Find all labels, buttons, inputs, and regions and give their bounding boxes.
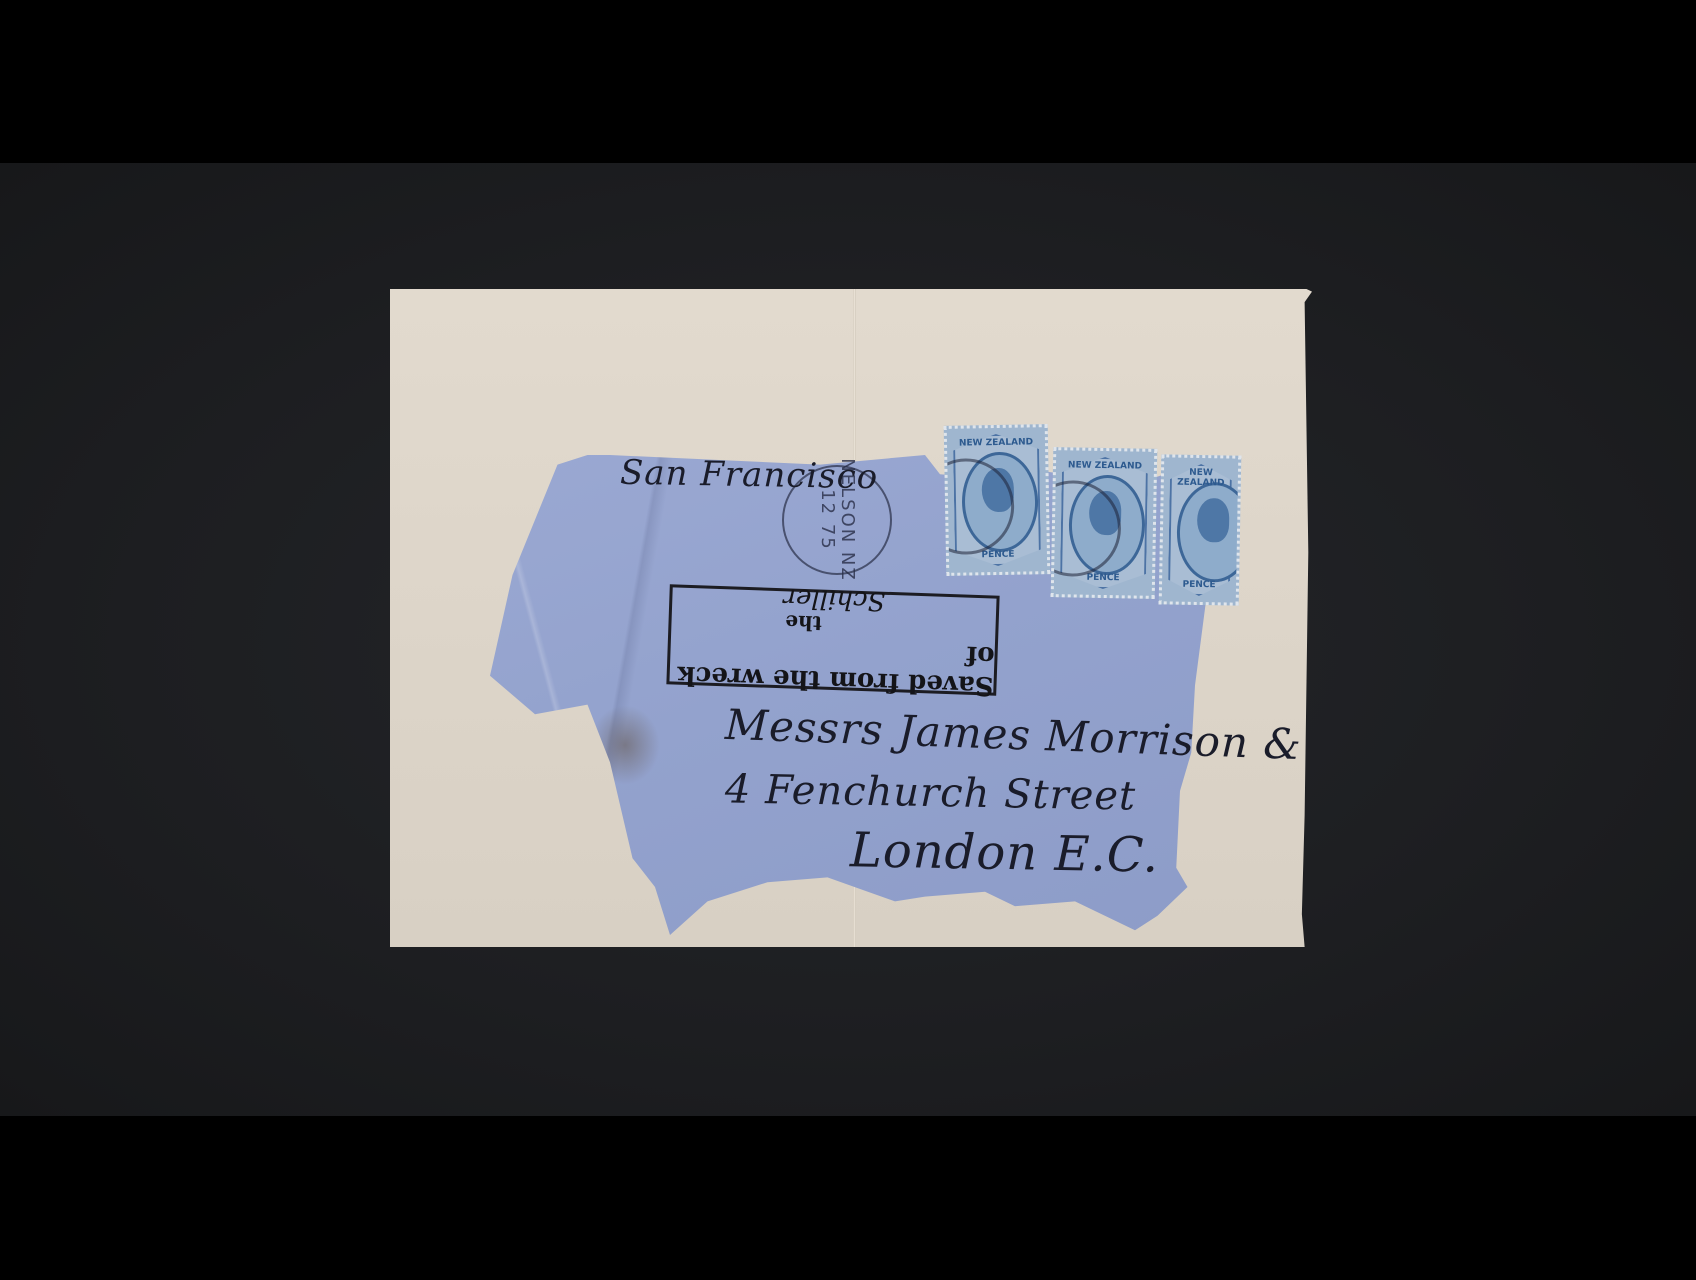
stamp-1: NEW ZEALAND PENCE [944,424,1051,576]
routing-note: San Francisco [620,453,879,497]
address-city: London E.C. [850,822,1160,883]
cachet-ship-name: Schiller [783,583,886,615]
stamp-2: NEW ZEALAND PENCE [1051,447,1158,599]
letterbox-top [0,0,1696,163]
stamp-country: NEW ZEALAND [1164,467,1238,488]
stamp-value: PENCE [1162,579,1236,590]
letterbox-bottom [0,1116,1696,1280]
cachet-line-1: Saved from the wreck of [669,629,995,700]
stamp-3: NEW ZEALAND PENCE [1159,454,1242,605]
stamp-country: NEW ZEALAND [1056,460,1154,472]
address-street: 4 Fenchurch Street [725,766,1137,819]
queen-portrait-icon [1197,498,1230,543]
cachet-line-2: the [785,611,822,634]
stamp-country: NEW ZEALAND [947,437,1045,449]
wreck-cachet: Saved from the wreck of the Schiller [666,584,999,695]
